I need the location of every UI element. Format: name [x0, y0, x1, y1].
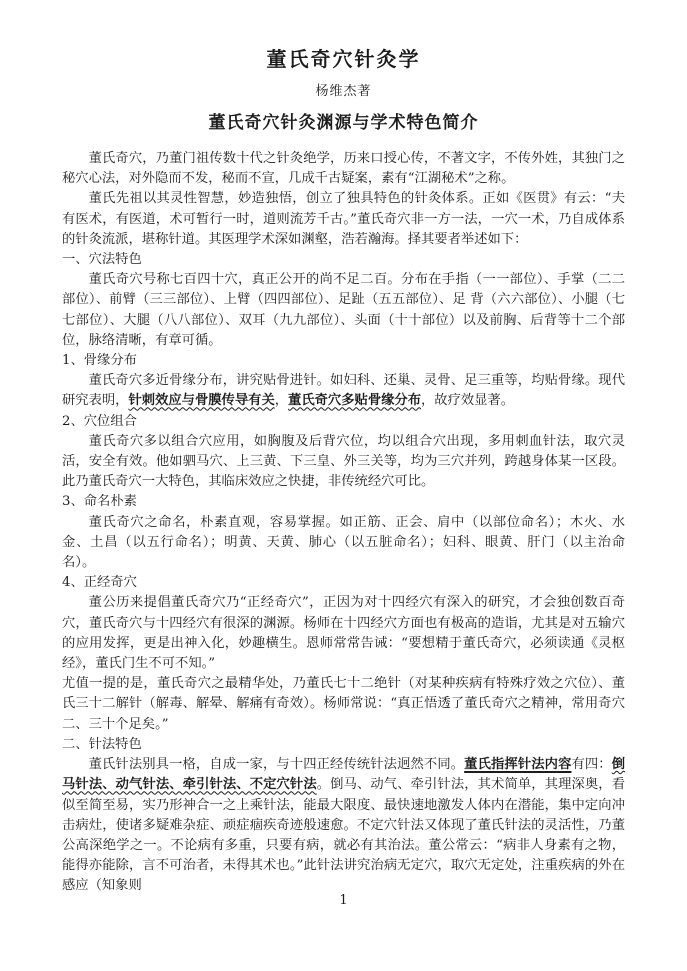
text-run: 1、骨缘分布 [62, 353, 137, 368]
paragraph: 董氏针法别具一格，自成一家，与十四正经传统针法迥然不同。董氏指挥针法内容有四：倒… [62, 755, 625, 896]
section-heading: 4、正经奇穴 [62, 573, 625, 593]
document-page: 董氏奇穴针灸学 杨维杰著 董氏奇穴针灸渊源与学术特色简介 董氏奇穴，乃董门祖传数… [0, 0, 687, 971]
paragraph: 董氏奇穴多近骨缘分布，讲究贴骨进针。如妇科、还巢、灵骨、足三重等，均贴骨缘。现代… [62, 371, 625, 411]
section-heading: 1、骨缘分布 [62, 351, 625, 371]
text-run: 针刺效应与骨膜传导有关 [128, 393, 274, 408]
paragraph: 董氏奇穴之命名，朴素直观，容易掌握。如正筋、正会、肩中（以部位命名）；木火、水金… [62, 513, 625, 574]
text-run: 董氏奇穴号称七百四十穴，真正公开的尚不足二百。分布在手指（一一部位）、手掌（二二… [62, 272, 625, 348]
doc-title: 董氏奇穴针灸学 [62, 47, 625, 71]
text-run: 有四： [571, 757, 611, 772]
text-run: 3、命名朴素 [62, 494, 137, 509]
text-run: 董氏指挥针法内容 [464, 757, 571, 772]
text-run: 4、正经奇穴 [62, 575, 137, 590]
text-run: 董氏奇穴多以组合穴应用，如胸腹及后背穴位，均以组合穴出现，多用刺血针法，取穴灵活… [62, 434, 625, 489]
paragraph: 董氏奇穴，乃董门祖传数十代之针灸绝学，历来口授心传，不著文字，不传外姓，其独门之… [62, 149, 625, 189]
section-heading: 一、穴法特色 [62, 250, 625, 270]
doc-author: 杨维杰著 [62, 84, 625, 100]
doc-subtitle: 董氏奇穴针灸渊源与学术特色简介 [62, 113, 625, 134]
text-run: 董公历来提倡董氏奇穴乃“正经奇穴”，正因为对十四经穴有深入的研究，才会独创数百奇… [62, 595, 625, 671]
page-number: 1 [0, 893, 687, 909]
paragraph: 董氏奇穴号称七百四十穴，真正公开的尚不足二百。分布在手指（一一部位）、手掌（二二… [62, 270, 625, 351]
document-body: 董氏奇穴，乃董门祖传数十代之针灸绝学，历来口授心传，不著文字，不传外姓，其独门之… [62, 149, 625, 897]
text-run: ， [275, 393, 288, 408]
text-run: 2、穴位组合 [62, 414, 137, 429]
text-run: 董氏奇穴之命名，朴素直观，容易掌握。如正筋、正会、肩中（以部位命名）；木火、水金… [62, 515, 625, 570]
text-run: 一、穴法特色 [62, 252, 142, 267]
section-heading: 二、针法特色 [62, 735, 625, 755]
paragraph: 尤值一提的是，董氏奇穴之最精华处，乃董氏七十二绝针（对某种疾病有特殊疗效之穴位）… [62, 674, 625, 735]
text-run: 董氏奇穴，乃董门祖传数十代之针灸绝学，历来口授心传，不著文字，不传外姓，其独门之… [62, 151, 625, 186]
paragraph: 董氏先祖以其灵性智慧，妙造独悟，创立了独具特色的针灸体系。正如《医贯》有云：“夫… [62, 189, 625, 250]
section-heading: 3、命名朴素 [62, 492, 625, 512]
paragraph: 董氏奇穴多以组合穴应用，如胸腹及后背穴位，均以组合穴出现，多用刺血针法，取穴灵活… [62, 432, 625, 493]
text-run: 董氏先祖以其灵性智慧，妙造独悟，创立了独具特色的针灸体系。正如《医贯》有云：“夫… [62, 191, 625, 246]
paragraph: 董公历来提倡董氏奇穴乃“正经奇穴”，正因为对十四经穴有深入的研究，才会独创数百奇… [62, 593, 625, 674]
text-run: 。倒马、动气、牵引针法，其术简单，其理深奥，看似至简至易，实乃形神合一之上乘针法… [62, 777, 625, 893]
text-run: 尤值一提的是，董氏奇穴之最精华处，乃董氏七十二绝针（对某种疾病有特殊疗效之穴位）… [62, 676, 625, 731]
text-run: 董氏奇穴多贴骨缘分布 [288, 393, 421, 408]
text-run: ，故疗效显著。 [421, 393, 514, 408]
text-run: 董氏针法别具一格，自成一家，与十四正经传统针法迥然不同。 [89, 757, 465, 772]
section-heading: 2、穴位组合 [62, 412, 625, 432]
text-run: 二、针法特色 [62, 737, 142, 752]
